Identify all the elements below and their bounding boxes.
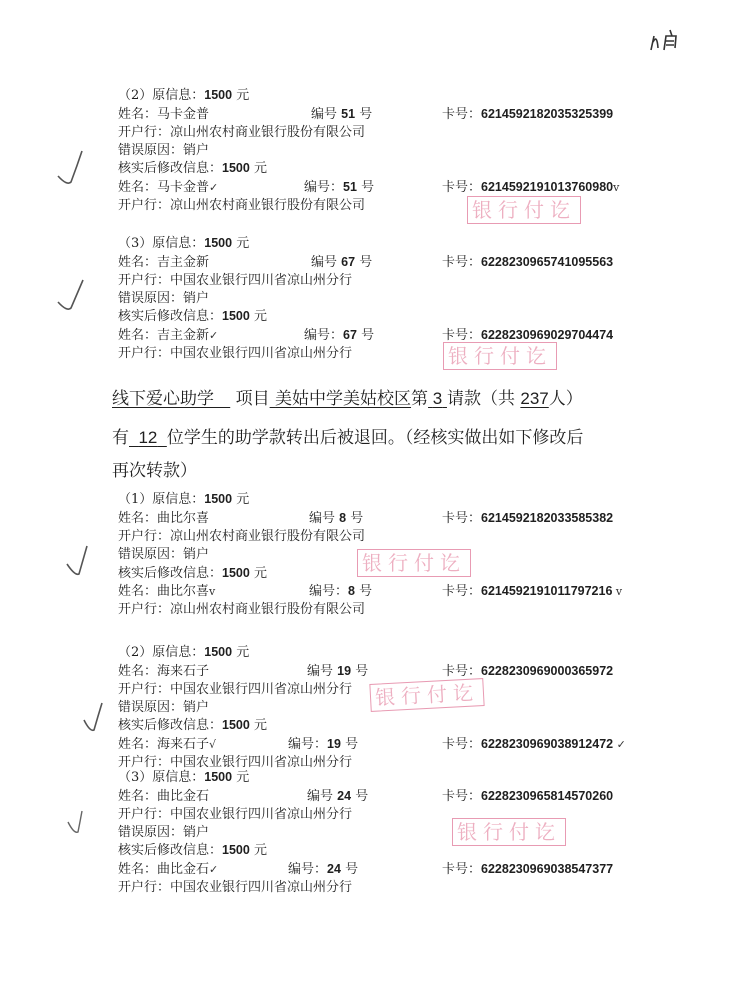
handwritten-checkmark-icon xyxy=(66,808,90,838)
student-name: 曲比尔喜 xyxy=(157,511,209,526)
card-label: 卡号： xyxy=(442,180,481,195)
checkmark-icon: ✓ xyxy=(613,738,626,751)
number-label: 编号： xyxy=(309,584,348,599)
bank-field: 开户行：凉山州农村商业银行股份有限公司 xyxy=(118,528,365,545)
reason-field: 错误原因：销户 xyxy=(118,546,209,563)
revised-student-name: 马卡金普 xyxy=(157,180,209,195)
number-label: 编号 xyxy=(311,255,337,270)
revised-name-field: 姓名：吉主金新✓ xyxy=(118,327,218,344)
revised-field: 核实后修改信息：1500 元 xyxy=(118,842,267,859)
bank-field: 开户行：中国农业银行四川省凉山州分行 xyxy=(118,806,352,823)
revised-bank-field: 开户行：中国农业银行四川省凉山州分行 xyxy=(118,345,352,362)
card-field: 卡号：6214592182035325399 xyxy=(442,106,613,123)
entry-index-label: （3）原信息： xyxy=(118,236,204,251)
revised-bank-name: 凉山州农村商业银行股份有限公司 xyxy=(170,198,365,213)
number-label: 编号： xyxy=(288,737,327,752)
amount-unit: 元 xyxy=(236,88,249,103)
revised-amount: 1500 xyxy=(222,309,250,323)
revised-name-field: 姓名：海来石子√ xyxy=(118,736,216,753)
revised-student-name: 吉主金新 xyxy=(157,328,209,343)
revised-number-field: 编号：51 号 xyxy=(304,179,374,196)
revised-field: 核实后修改信息：1500 元 xyxy=(118,308,267,325)
revised-field: 核实后修改信息：1500 元 xyxy=(118,565,267,582)
reason-label: 错误原因： xyxy=(118,291,183,306)
number-unit: 号 xyxy=(359,255,372,270)
revised-bank-field: 开户行：凉山州农村商业银行股份有限公司 xyxy=(118,601,365,618)
revised-number-field: 编号：24 号 xyxy=(288,861,358,878)
card-label: 卡号： xyxy=(442,255,481,270)
student-number: 67 xyxy=(341,255,355,269)
bank-label: 开户行： xyxy=(118,346,170,361)
returned-prefix: 有 xyxy=(112,428,129,448)
revised-label: 核实后修改信息： xyxy=(118,718,222,733)
retransfer-note: 再次转款） xyxy=(112,460,197,482)
card-field: 卡号：6228230969000365972 xyxy=(442,663,613,680)
number-field: 编号 67 号 xyxy=(311,254,372,271)
bank-field: 开户行：中国农业银行四川省凉山州分行 xyxy=(118,681,352,698)
name-field: 姓名：曲比尔喜 xyxy=(118,510,209,527)
amount-unit: 元 xyxy=(236,236,249,251)
number-label: 编号 xyxy=(307,664,333,679)
bank-paid-stamp: 银行付讫 xyxy=(357,549,471,577)
name-field: 姓名：吉主金新 xyxy=(118,254,209,271)
name-label: 姓名： xyxy=(118,737,157,752)
student-name: 吉主金新 xyxy=(157,255,209,270)
amount-unit: 元 xyxy=(236,770,249,785)
card-field: 卡号：6228230965741095563 xyxy=(442,254,613,271)
bank-label: 开户行： xyxy=(118,682,170,697)
student-name: 马卡金普 xyxy=(157,107,209,122)
total-suffix: 人） xyxy=(549,389,583,409)
revised-student-number: 19 xyxy=(327,737,341,751)
bank-field: 开户行：凉山州农村商业银行股份有限公司 xyxy=(118,124,365,141)
card-number: 6228230969000365972 xyxy=(481,664,613,678)
number-unit: 号 xyxy=(355,789,368,804)
bank-paid-stamp: 银行付讫 xyxy=(452,818,566,846)
original-amount: 1500 xyxy=(204,236,232,250)
original-amount: 1500 xyxy=(204,88,232,102)
revised-field: 核实后修改信息：1500 元 xyxy=(118,160,267,177)
revised-bank-name: 凉山州农村商业银行股份有限公司 xyxy=(170,602,365,617)
checkmark-icon: ✓ xyxy=(209,181,218,194)
error-reason: 销户 xyxy=(183,143,209,158)
checkmark-icon: v xyxy=(209,585,215,598)
revised-label: 核实后修改信息： xyxy=(118,566,222,581)
revised-student-name: 曲比金石 xyxy=(157,862,209,877)
card-label: 卡号： xyxy=(442,862,481,877)
name-field: 姓名：马卡金普 xyxy=(118,106,209,123)
bank-label: 开户行： xyxy=(118,880,170,895)
revised-card-number: 6228230969038547377 xyxy=(481,862,613,876)
reason-label: 错误原因： xyxy=(118,825,183,840)
revised-card-number: 6228230969038912472 xyxy=(481,737,613,751)
revised-student-name: 海来石子 xyxy=(157,737,209,752)
number-label: 编号 xyxy=(311,107,337,122)
revised-bank-name: 中国农业银行四川省凉山州分行 xyxy=(170,755,352,770)
number-unit: 号 xyxy=(361,180,374,195)
batch-number: 3 xyxy=(433,389,442,408)
checkmark-icon: v xyxy=(613,181,619,194)
revised-amount: 1500 xyxy=(222,718,250,732)
revised-student-number: 67 xyxy=(343,328,357,342)
card-label: 卡号： xyxy=(442,511,481,526)
school-name: 美姑中学美姑校区 xyxy=(275,389,411,409)
amount-unit: 元 xyxy=(254,566,267,581)
number-unit: 号 xyxy=(345,737,358,752)
reason-field: 错误原因：销户 xyxy=(118,699,209,716)
bank-paid-stamp: 银行付讫 xyxy=(443,342,557,370)
revised-name-field: 姓名：马卡金普✓ xyxy=(118,179,218,196)
student-number: 8 xyxy=(339,511,346,525)
student-number: 19 xyxy=(337,664,351,678)
project-name: 线下爱心助学 xyxy=(112,389,214,409)
number-unit: 号 xyxy=(350,511,363,526)
student-name: 海来石子 xyxy=(157,664,209,679)
reason-field: 错误原因：销户 xyxy=(118,290,209,307)
name-label: 姓名： xyxy=(118,584,157,599)
original-amount: 1500 xyxy=(204,492,232,506)
handwritten-note xyxy=(648,28,692,58)
amount-unit: 元 xyxy=(254,309,267,324)
card-number: 6214592182033585382 xyxy=(481,511,613,525)
bank-paid-stamp: 银行付讫 xyxy=(467,196,581,224)
name-label: 姓名： xyxy=(118,107,157,122)
number-label: 编号 xyxy=(307,789,333,804)
student-number: 24 xyxy=(337,789,351,803)
reason-field: 错误原因：销户 xyxy=(118,824,209,841)
batch-prefix: 第 xyxy=(411,389,428,409)
number-field: 编号 24 号 xyxy=(307,788,368,805)
original-amount: 1500 xyxy=(204,645,232,659)
revised-card-number: 6214592191011797216 xyxy=(481,584,612,598)
handwritten-checkmark-icon xyxy=(82,700,108,736)
error-reason: 销户 xyxy=(183,825,209,840)
entry-index-label: （2）原信息： xyxy=(118,645,204,660)
card-label: 卡号： xyxy=(442,584,481,599)
total-students: 237 xyxy=(520,389,548,408)
revised-label: 核实后修改信息： xyxy=(118,843,222,858)
amount-unit: 元 xyxy=(236,492,249,507)
card-label: 卡号： xyxy=(442,328,481,343)
number-unit: 号 xyxy=(361,328,374,343)
card-label: 卡号： xyxy=(442,664,481,679)
bank-label: 开户行： xyxy=(118,807,170,822)
revised-label: 核实后修改信息： xyxy=(118,309,222,324)
card-label: 卡号： xyxy=(442,737,481,752)
bank-label: 开户行： xyxy=(118,529,170,544)
bank-name: 中国农业银行四川省凉山州分行 xyxy=(170,682,352,697)
handwritten-checkmark-icon xyxy=(55,148,85,188)
original-amount: 1500 xyxy=(204,770,232,784)
bank-name: 凉山州农村商业银行股份有限公司 xyxy=(170,529,365,544)
number-label: 编号： xyxy=(288,862,327,877)
name-label: 姓名： xyxy=(118,862,157,877)
reason-label: 错误原因： xyxy=(118,547,183,562)
entry-index-label: （2）原信息： xyxy=(118,88,204,103)
number-label: 编号 xyxy=(309,511,335,526)
revised-bank-name: 中国农业银行四川省凉山州分行 xyxy=(170,880,352,895)
amount-unit: 元 xyxy=(254,161,267,176)
revised-student-number: 51 xyxy=(343,180,357,194)
returned-suffix: 位学生的助学款转出后被退回。（经核实做出如下修改后 xyxy=(167,428,584,448)
revised-bank-name: 中国农业银行四川省凉山州分行 xyxy=(170,346,352,361)
name-label: 姓名： xyxy=(118,328,157,343)
card-label: 卡号： xyxy=(442,789,481,804)
revised-amount: 1500 xyxy=(222,161,250,175)
card-number: 6228230965741095563 xyxy=(481,255,613,269)
reason-field: 错误原因：销户 xyxy=(118,142,209,159)
student-number: 51 xyxy=(341,107,355,121)
error-reason: 销户 xyxy=(183,700,209,715)
bank-label: 开户行： xyxy=(118,755,170,770)
number-field: 编号 19 号 xyxy=(307,663,368,680)
revised-number-field: 编号：19 号 xyxy=(288,736,358,753)
revised-student-number: 24 xyxy=(327,862,341,876)
name-label: 姓名： xyxy=(118,789,157,804)
revised-bank-field: 开户行：凉山州农村商业银行股份有限公司 xyxy=(118,197,365,214)
reason-label: 错误原因： xyxy=(118,143,183,158)
bank-label: 开户行： xyxy=(118,125,170,140)
number-unit: 号 xyxy=(359,107,372,122)
student-name: 曲比金石 xyxy=(157,789,209,804)
card-number: 6214592182035325399 xyxy=(481,107,613,121)
revised-number-field: 编号：67 号 xyxy=(304,327,374,344)
revised-name-field: 姓名：曲比金石✓ xyxy=(118,861,218,878)
number-unit: 号 xyxy=(355,664,368,679)
checkmark-icon: √ xyxy=(209,738,216,751)
error-reason: 销户 xyxy=(183,291,209,306)
number-label: 编号： xyxy=(304,180,343,195)
bank-label: 开户行： xyxy=(118,273,170,288)
checkmark-icon: v xyxy=(612,585,622,598)
reason-label: 错误原因： xyxy=(118,700,183,715)
number-unit: 号 xyxy=(359,584,372,599)
number-field: 编号 8 号 xyxy=(309,510,363,527)
revised-number-field: 编号：8 号 xyxy=(309,583,372,600)
name-label: 姓名： xyxy=(118,180,157,195)
bank-field: 开户行：中国农业银行四川省凉山州分行 xyxy=(118,272,352,289)
name-label: 姓名： xyxy=(118,255,157,270)
amount-unit: 元 xyxy=(236,645,249,660)
revised-card-number: 6228230969029704474 xyxy=(481,328,613,342)
name-label: 姓名： xyxy=(118,511,157,526)
revised-amount: 1500 xyxy=(222,843,250,857)
amount-unit: 元 xyxy=(254,718,267,733)
returned-count: 12 xyxy=(138,428,157,447)
name-label: 姓名： xyxy=(118,664,157,679)
bank-name: 中国农业银行四川省凉山州分行 xyxy=(170,273,352,288)
revised-card-field: 卡号：6214592191011797216 v xyxy=(442,583,622,600)
card-label: 卡号： xyxy=(442,107,481,122)
project-label: 项目 xyxy=(236,389,270,409)
number-field: 编号 51 号 xyxy=(311,106,372,123)
revised-student-name: 曲比尔喜 xyxy=(157,584,209,599)
name-field: 姓名：海来石子 xyxy=(118,663,209,680)
entry-index-label: （1）原信息： xyxy=(118,492,204,507)
revised-field: 核实后修改信息：1500 元 xyxy=(118,717,267,734)
card-field: 卡号：6228230965814570260 xyxy=(442,788,613,805)
number-unit: 号 xyxy=(345,862,358,877)
bank-paid-stamp: 银行付讫 xyxy=(369,678,484,712)
revised-card-field: 卡号：6214592191013760980v xyxy=(442,179,619,196)
bank-name: 凉山州农村商业银行股份有限公司 xyxy=(170,125,365,140)
bank-label: 开户行： xyxy=(118,602,170,617)
handwritten-checkmark-icon xyxy=(65,542,95,582)
revised-card-field: 卡号：6228230969038547377 xyxy=(442,861,613,878)
revised-amount: 1500 xyxy=(222,566,250,580)
revised-name-field: 姓名：曲比尔喜v xyxy=(118,583,215,600)
revised-bank-field: 开户行：中国农业银行四川省凉山州分行 xyxy=(118,879,352,896)
entry-index-label: （3）原信息： xyxy=(118,770,204,785)
bank-name: 中国农业银行四川省凉山州分行 xyxy=(170,807,352,822)
handwritten-checkmark-icon xyxy=(55,276,85,316)
card-number: 6228230965814570260 xyxy=(481,789,613,803)
error-reason: 销户 xyxy=(183,547,209,562)
revised-student-number: 8 xyxy=(348,584,355,598)
checkmark-icon: ✓ xyxy=(209,329,218,342)
batch-suffix: 请款（共 xyxy=(447,389,515,409)
revised-card-number: 6214592191013760980 xyxy=(481,180,613,194)
amount-unit: 元 xyxy=(254,843,267,858)
revised-label: 核实后修改信息： xyxy=(118,161,222,176)
bank-label: 开户行： xyxy=(118,198,170,213)
number-label: 编号： xyxy=(304,328,343,343)
name-field: 姓名：曲比金石 xyxy=(118,788,209,805)
revised-card-field: 卡号：6228230969038912472 ✓ xyxy=(442,736,626,753)
checkmark-icon: ✓ xyxy=(209,863,218,876)
card-field: 卡号：6214592182033585382 xyxy=(442,510,613,527)
